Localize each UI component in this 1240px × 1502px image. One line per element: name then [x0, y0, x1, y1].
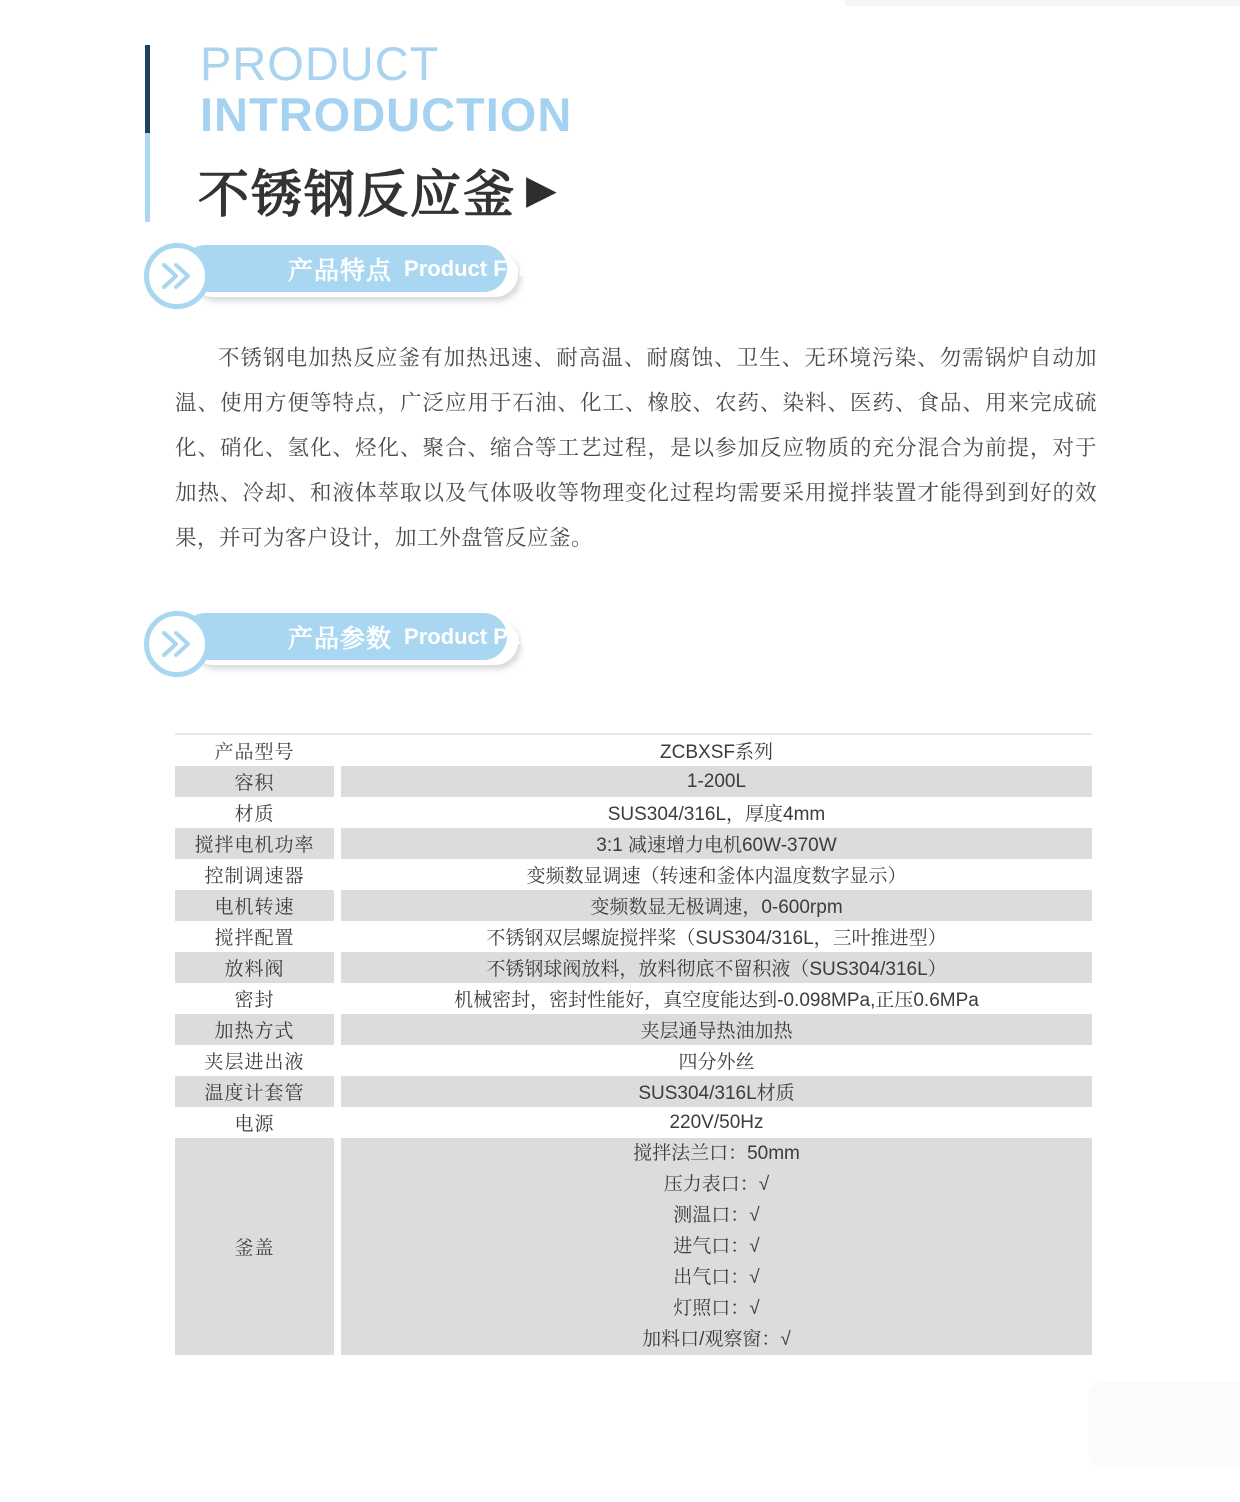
row-label: 材质: [175, 797, 334, 828]
row-label: 电源: [175, 1107, 334, 1138]
accent-line-dark-segment: [145, 45, 150, 133]
row-value: SUS304/316L，厚度4mm: [341, 797, 1092, 828]
row-value: 搅拌法兰口：50mm压力表口：√测温口：√进气口：√出气口：√灯照口：√加料口/…: [341, 1138, 1092, 1355]
row-value: 3:1 减速增力电机60W-370W: [341, 828, 1092, 859]
row-value-line: 出气口：√: [673, 1262, 759, 1293]
row-label: 搅拌配置: [175, 921, 334, 952]
row-label: 加热方式: [175, 1014, 334, 1045]
row-value-line: 搅拌法兰口：50mm: [633, 1138, 800, 1169]
row-value: 变频数显无极调速，0-600rpm: [341, 890, 1092, 921]
row-value-line: 灯照口：√: [673, 1293, 759, 1324]
row-value-line: 加料口/观察窗：√: [642, 1324, 791, 1355]
row-value-line: 测温口：√: [673, 1200, 759, 1231]
table-row: 容积1-200L: [175, 766, 1092, 797]
features-badge-en-label: Product Features: [404, 256, 585, 282]
table-row: 釜盖搅拌法兰口：50mm压力表口：√测温口：√进气口：√出气口：√灯照口：√加料…: [175, 1138, 1092, 1355]
product-title: 不锈钢反应釜 ▶: [198, 153, 557, 227]
product-title-text: 不锈钢反应釜: [198, 153, 516, 227]
table-row: 密封机械密封，密封性能好，真空度能达到-0.098MPa,正压0.6MPa: [175, 983, 1092, 1014]
table-row: 电源220V/50Hz: [175, 1107, 1092, 1138]
row-label: 电机转速: [175, 890, 334, 921]
row-value: ZCBXSF系列: [341, 735, 1092, 766]
section-badge-features: 产品特点 Product Features: [0, 241, 560, 331]
table-row: 搅拌电机功率3:1 减速增力电机60W-370W: [175, 828, 1092, 859]
row-value: 四分外丝: [341, 1045, 1092, 1076]
table-row: 产品型号ZCBXSF系列: [175, 735, 1092, 766]
table-row: 放料阀不锈钢球阀放料，放料彻底不留积液（SUS304/316L）: [175, 952, 1092, 983]
parameters-badge-zh-label: 产品参数: [288, 619, 392, 655]
header-english-title: PRODUCT INTRODUCTION: [200, 40, 572, 138]
features-badge-pill: 产品特点 Product Features: [182, 245, 507, 292]
features-badge-zh-label: 产品特点: [288, 251, 392, 287]
row-value-line: 进气口：√: [673, 1231, 759, 1262]
header-title-line1: PRODUCT: [200, 40, 572, 87]
row-value: 220V/50Hz: [341, 1107, 1092, 1138]
header-accent-line: [145, 45, 150, 222]
row-value: 夹层通导热油加热: [341, 1014, 1092, 1045]
row-value: 不锈钢球阀放料，放料彻底不留积液（SUS304/316L）: [341, 952, 1092, 983]
parameters-badge-en-label: Product Parameter: [404, 624, 601, 650]
header-title-line2: INTRODUCTION: [200, 91, 572, 138]
row-value: 变频数显调速（转速和釜体内温度数字显示）: [341, 859, 1092, 890]
double-chevron-right-icon: [144, 243, 210, 309]
row-value: 1-200L: [341, 766, 1092, 797]
table-row: 温度计套管SUS304/316L材质: [175, 1076, 1092, 1107]
row-label: 密封: [175, 983, 334, 1014]
row-label: 温度计套管: [175, 1076, 334, 1107]
double-chevron-right-icon: [144, 611, 210, 677]
table-row: 加热方式夹层通导热油加热: [175, 1014, 1092, 1045]
accent-line-light-segment: [145, 133, 150, 222]
table-row: 夹层进出液四分外丝: [175, 1045, 1092, 1076]
table-row: 控制调速器变频数显调速（转速和釜体内温度数字显示）: [175, 859, 1092, 890]
table-row: 材质SUS304/316L，厚度4mm: [175, 797, 1092, 828]
row-value: 不锈钢双层螺旋搅拌桨（SUS304/316L，三叶推进型）: [341, 921, 1092, 952]
section-badge-parameters: 产品参数 Product Parameter: [0, 609, 560, 699]
row-label: 夹层进出液: [175, 1045, 334, 1076]
row-label: 釜盖: [175, 1138, 334, 1355]
row-label: 产品型号: [175, 735, 334, 766]
features-paragraph: 不锈钢电加热反应釜有加热迅速、耐高温、耐腐蚀、卫生、无环境污染、勿需锅炉自动加温…: [175, 336, 1097, 561]
row-label: 搅拌电机功率: [175, 828, 334, 859]
product-introduction-page: PRODUCT INTRODUCTION 不锈钢反应釜 ▶ 产品特点 Produ…: [0, 0, 1240, 1502]
row-value-line: 压力表口：√: [664, 1169, 769, 1200]
table-row: 搅拌配置不锈钢双层螺旋搅拌桨（SUS304/316L，三叶推进型）: [175, 921, 1092, 952]
play-triangle-icon: ▶: [526, 167, 557, 213]
row-label: 容积: [175, 766, 334, 797]
row-value: SUS304/316L材质: [341, 1076, 1092, 1107]
row-value: 机械密封，密封性能好，真空度能达到-0.098MPa,正压0.6MPa: [341, 983, 1092, 1014]
parameter-table: 产品型号ZCBXSF系列容积1-200L材质SUS304/316L，厚度4mm搅…: [175, 733, 1092, 1355]
table-row: 电机转速变频数显无极调速，0-600rpm: [175, 890, 1092, 921]
parameters-badge-pill: 产品参数 Product Parameter: [182, 613, 507, 660]
row-label: 控制调速器: [175, 859, 334, 890]
row-label: 放料阀: [175, 952, 334, 983]
corner-watermark-shape: [1088, 1382, 1240, 1467]
top-edge-strip: [845, 0, 1240, 6]
